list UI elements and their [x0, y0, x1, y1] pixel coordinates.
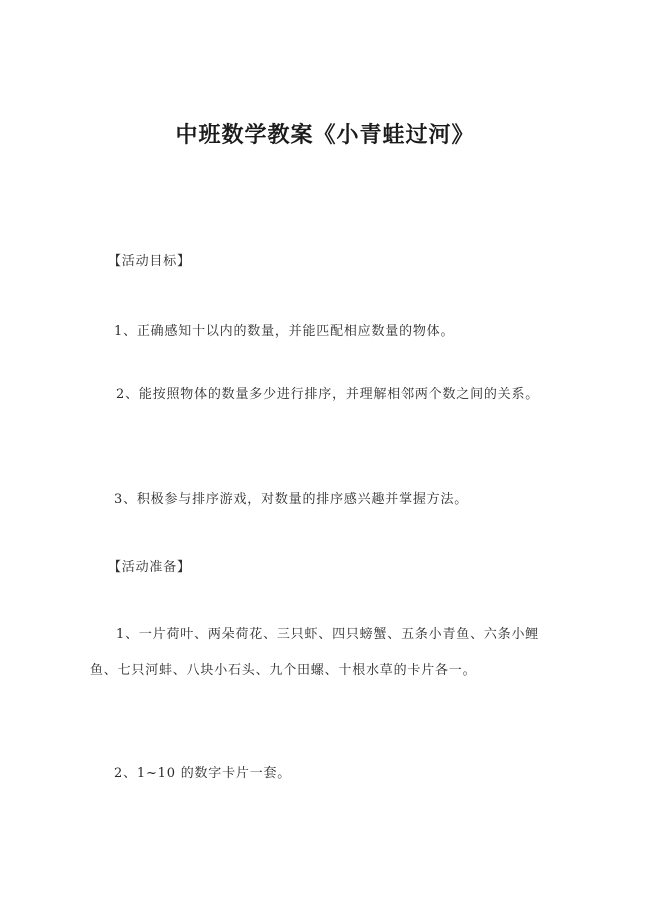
document-title: 中班数学教案《小青蛙过河》 [0, 118, 650, 149]
goal-item-3: 3、积极参与排序游戏，对数量的排序感兴趣并掌握方法。 [114, 488, 468, 507]
goal-item-1: 1、正确感知十以内的数量，并能匹配相应数量的物体。 [114, 320, 454, 339]
preparation-item-2: 2、1~10 的数字卡片一套。 [114, 762, 291, 781]
section-heading-goals: 【活动目标】 [108, 250, 191, 269]
document-page: 中班数学教案《小青蛙过河》 【活动目标】 1、正确感知十以内的数量，并能匹配相应… [0, 0, 650, 919]
goal-item-2: 2、能按照物体的数量多少进行排序，并理解相邻两个数之间的关系。 [90, 377, 560, 413]
preparation-item-1: 1、一片荷叶、两朵荷花、三只虾、四只螃蟹、五条小青鱼、六条小鲤鱼、七只河蚌、八块… [90, 617, 560, 689]
section-heading-preparation: 【活动准备】 [108, 556, 191, 575]
